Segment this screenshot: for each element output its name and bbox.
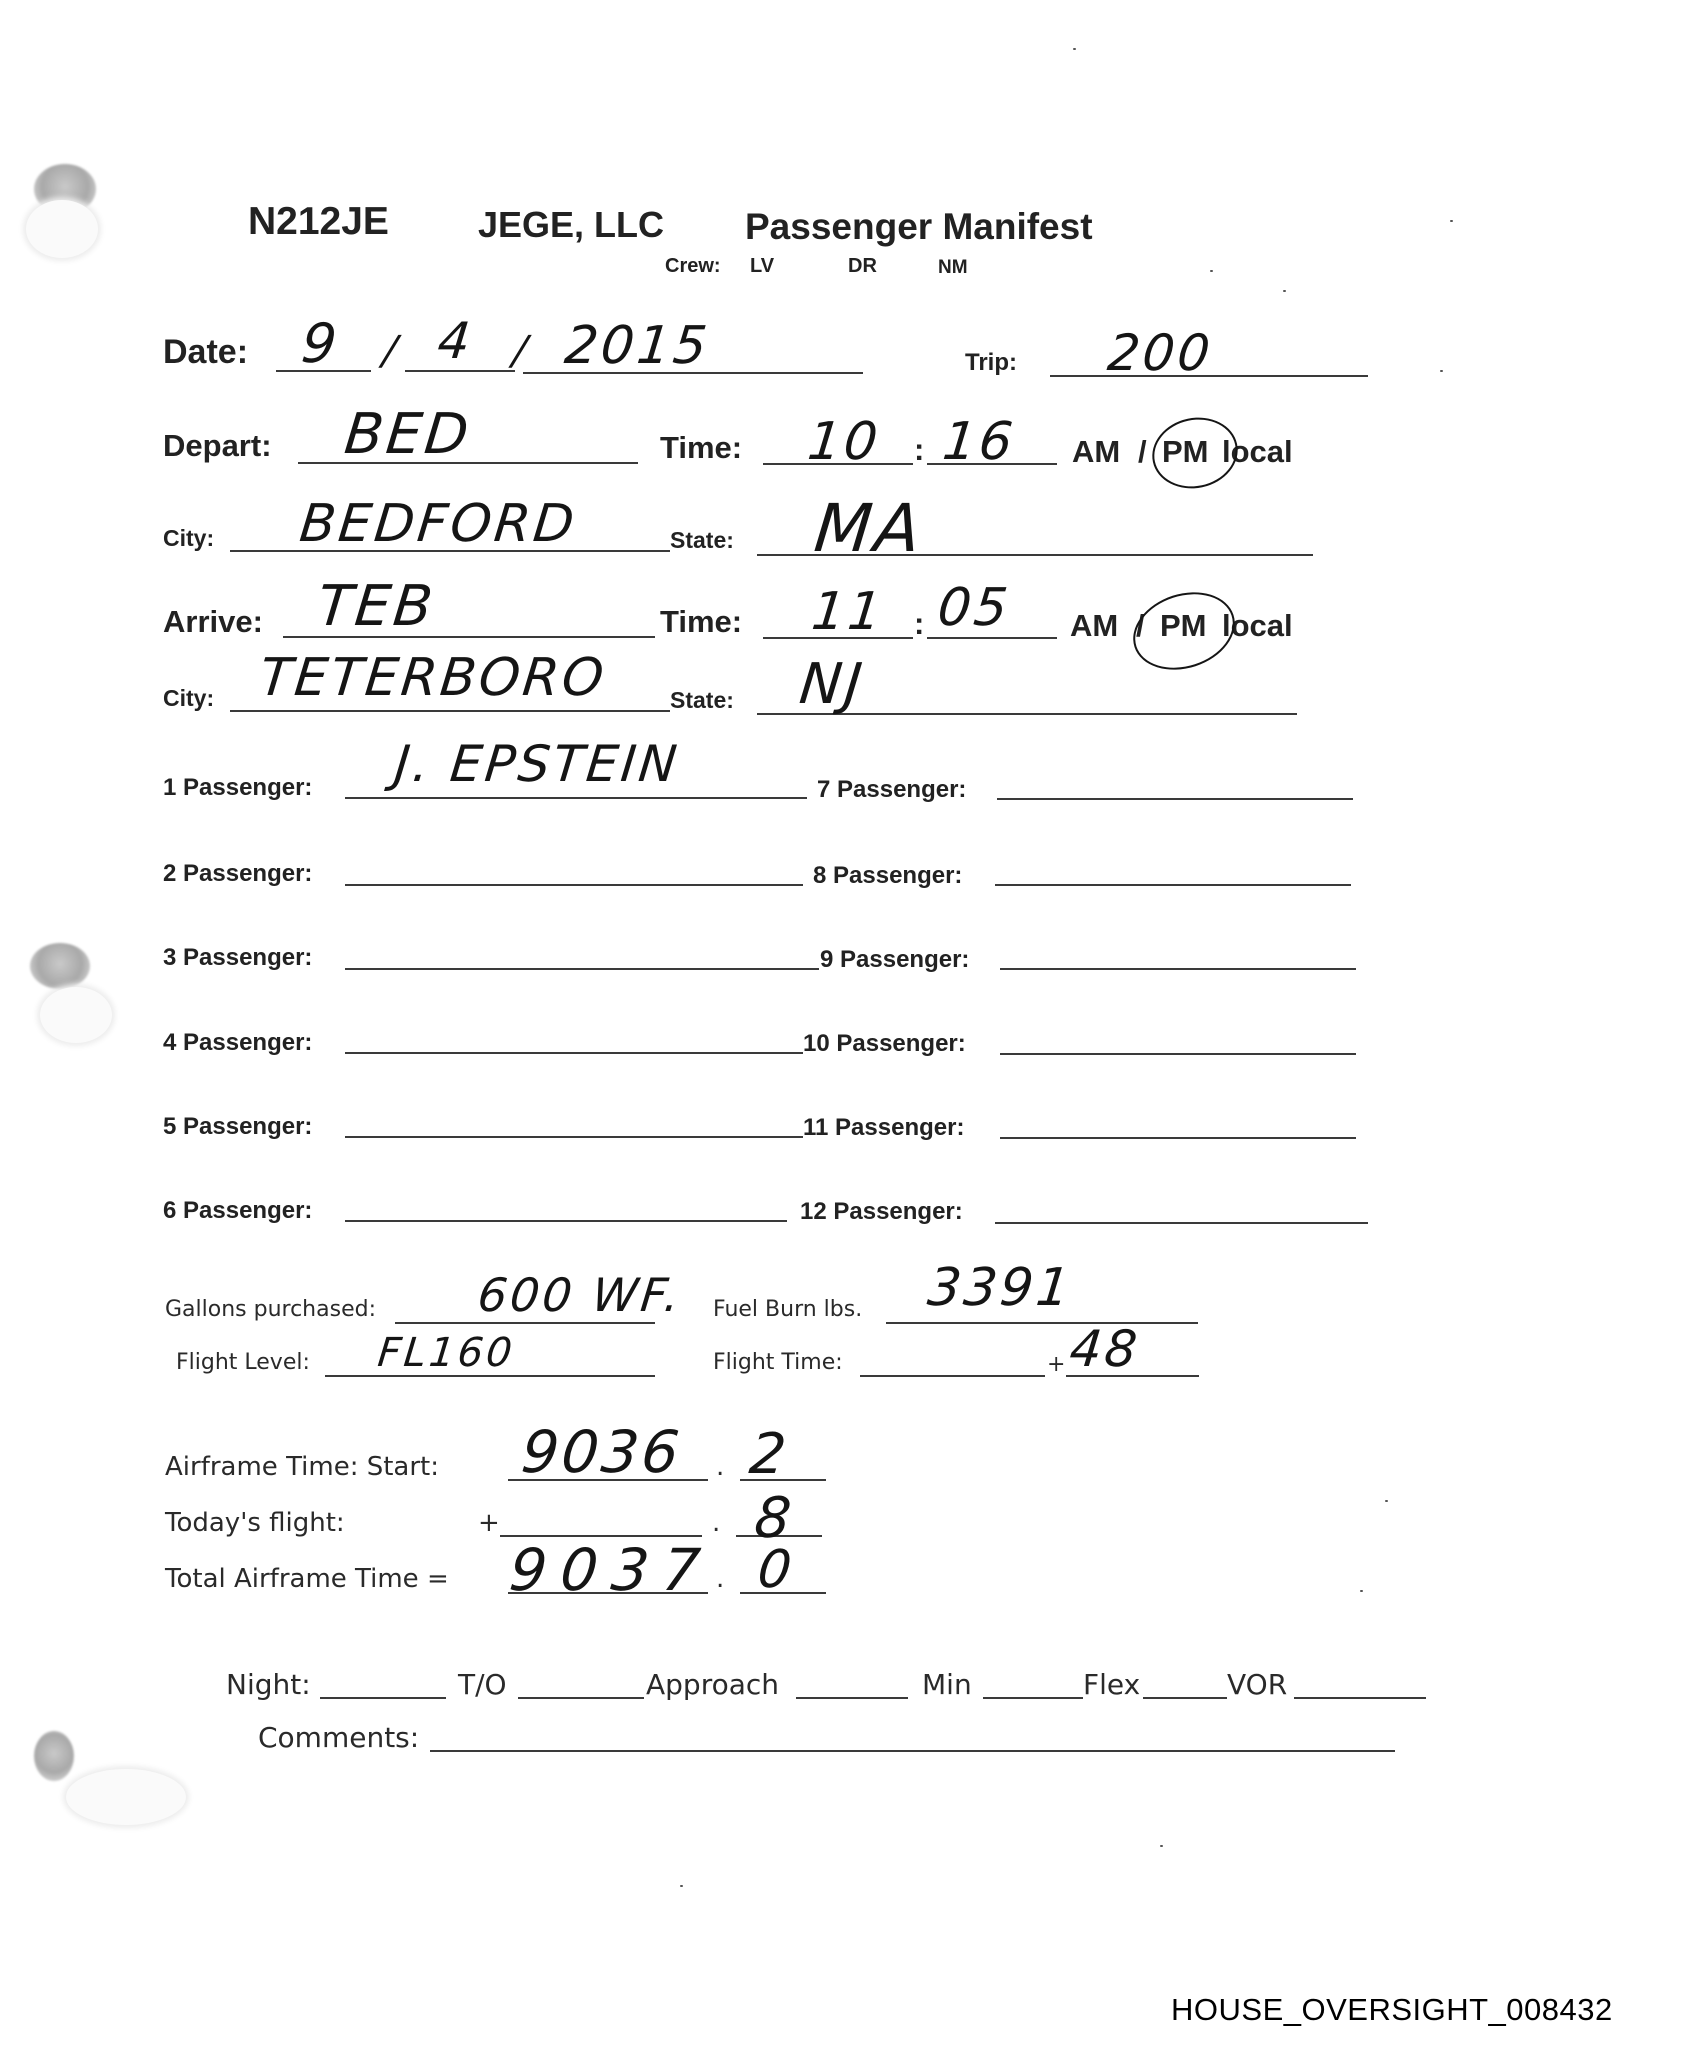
arrive-hour-value: 11	[809, 582, 887, 642]
scan-speck	[1385, 1500, 1388, 1502]
fuel-burn-label: Fuel Burn lbs.	[713, 1297, 862, 1322]
todays-flight-dot: .	[712, 1508, 720, 1538]
passenger-6-field-line[interactable]	[345, 1220, 787, 1222]
todays-flight-plus: +	[478, 1508, 500, 1538]
depart-city-label: City:	[163, 525, 214, 552]
airframe-start-label: Airframe Time: Start:	[165, 1452, 439, 1482]
min-label: Min	[922, 1668, 972, 1701]
gallons-purchased-label: Gallons purchased:	[165, 1297, 376, 1322]
night-label: Night:	[226, 1668, 311, 1701]
flex-label: Flex	[1083, 1668, 1140, 1701]
passenger-1-label: 1 Passenger:	[163, 774, 312, 802]
flex-field-line[interactable]	[1143, 1697, 1227, 1699]
approach-label: Approach	[646, 1668, 779, 1701]
passenger-8-field-line[interactable]	[995, 884, 1351, 886]
date-day-value: 4	[435, 312, 476, 370]
date-day-field-line[interactable]	[405, 370, 515, 372]
takeoff-label: T/O	[458, 1668, 507, 1701]
gallons-purchased-value: 600 WF.	[475, 1268, 685, 1322]
arrive-airport-value: TEB	[315, 574, 439, 639]
fuel-burn-value: 3391	[925, 1258, 1076, 1318]
total-airframe-dot: .	[716, 1564, 724, 1594]
flight-level-value: FL160	[376, 1330, 517, 1376]
total-airframe-whole-value: 9037	[506, 1536, 717, 1604]
hole-punch-middle	[18, 935, 118, 1045]
takeoff-field-line[interactable]	[518, 1697, 644, 1699]
trip-value: 200	[1105, 324, 1216, 382]
bates-number: HOUSE_OVERSIGHT_008432	[1171, 1992, 1613, 2028]
passenger-10-label: 10 Passenger:	[803, 1030, 966, 1058]
arrive-pm-circle-mark	[1123, 580, 1245, 683]
date-month-value: 9	[299, 312, 343, 375]
passenger-11-field-line[interactable]	[1000, 1137, 1356, 1139]
passenger-2-field-line[interactable]	[345, 884, 803, 886]
flight-time-value: 48	[1067, 1320, 1143, 1378]
flight-time-label: Flight Time:	[713, 1350, 843, 1375]
scan-speck	[1073, 48, 1076, 50]
passenger-9-field-line[interactable]	[1000, 968, 1356, 970]
night-field-line[interactable]	[320, 1697, 446, 1699]
tail-number: N212JE	[248, 200, 389, 244]
passenger-9-label: 9 Passenger:	[820, 946, 969, 974]
total-airframe-label: Total Airframe Time =	[165, 1564, 449, 1594]
depart-state-label: State:	[670, 527, 734, 554]
arrive-time-colon: :	[914, 606, 924, 642]
arrive-city-value: TETERBORO	[257, 648, 609, 708]
arrive-state-label: State:	[670, 687, 734, 714]
arrive-city-label: City:	[163, 685, 214, 712]
flight-time-plus: +	[1047, 1352, 1065, 1377]
passenger-2-label: 2 Passenger:	[163, 860, 312, 888]
arrive-label: Arrive:	[163, 604, 263, 640]
depart-city-value: BEDFORD	[297, 494, 580, 554]
company-name: JEGE, LLC	[478, 204, 664, 246]
gallons-purchased-field-line[interactable]	[395, 1322, 655, 1324]
flight-time-hours-field-line[interactable]	[860, 1375, 1045, 1377]
passenger-3-field-line[interactable]	[345, 968, 819, 970]
depart-am-option[interactable]: AM	[1072, 434, 1120, 470]
passenger-11-label: 11 Passenger:	[803, 1114, 964, 1142]
fuel-burn-field-line[interactable]	[886, 1322, 1198, 1324]
crew-member-2: DR	[848, 255, 877, 278]
scan-speck	[1450, 220, 1453, 222]
depart-airport-value: BED	[342, 402, 475, 467]
date-separator-2: /	[511, 328, 532, 374]
airframe-start-tenth-value: 2	[747, 1422, 792, 1487]
scan-speck	[1283, 290, 1286, 292]
crew-label: Crew:	[665, 255, 721, 278]
date-separator-1: /	[381, 328, 402, 374]
passenger-7-field-line[interactable]	[997, 798, 1353, 800]
crew-member-3: NM	[938, 257, 968, 279]
depart-hour-value: 10	[805, 412, 883, 472]
passenger-6-label: 6 Passenger:	[163, 1197, 312, 1225]
scan-speck	[680, 1885, 683, 1887]
arrive-time-label: Time:	[660, 604, 742, 640]
arrive-am-option[interactable]: AM	[1070, 608, 1118, 644]
depart-pm-circle-mark	[1146, 410, 1245, 496]
passenger-7-label: 7 Passenger:	[817, 776, 966, 804]
airframe-start-whole-value: 9036	[518, 1418, 685, 1486]
date-year-value: 2015	[562, 316, 713, 376]
scan-speck	[1210, 270, 1213, 272]
comments-field-line[interactable]	[430, 1750, 1395, 1752]
passenger-12-label: 12 Passenger:	[800, 1198, 963, 1226]
airframe-start-dot: .	[716, 1452, 724, 1482]
passenger-4-field-line[interactable]	[345, 1052, 803, 1054]
passenger-1-field-line[interactable]	[345, 797, 807, 799]
crew-member-1: LV	[750, 255, 774, 278]
comments-label: Comments:	[258, 1721, 419, 1754]
arrive-state-value: NJ	[797, 652, 868, 717]
depart-ampm-slash: /	[1138, 434, 1147, 470]
total-airframe-tenth-value: 0	[755, 1540, 797, 1600]
passenger-4-label: 4 Passenger:	[163, 1029, 312, 1057]
depart-minute-value: 16	[940, 412, 1018, 472]
date-label: Date:	[163, 333, 248, 372]
passenger-5-field-line[interactable]	[345, 1136, 803, 1138]
approach-field-line[interactable]	[796, 1697, 908, 1699]
hole-punch-top	[6, 160, 106, 260]
passenger-3-label: 3 Passenger:	[163, 944, 312, 972]
vor-field-line[interactable]	[1294, 1697, 1426, 1699]
passenger-5-label: 5 Passenger:	[163, 1113, 312, 1141]
passenger-12-field-line[interactable]	[995, 1222, 1368, 1224]
min-field-line[interactable]	[983, 1697, 1083, 1699]
vor-label: VOR	[1227, 1668, 1287, 1701]
passenger-10-field-line[interactable]	[1000, 1053, 1356, 1055]
arrive-minute-value: 05	[935, 578, 1013, 638]
depart-time-label: Time:	[660, 430, 742, 466]
depart-state-value: MA	[811, 490, 927, 567]
passenger-8-label: 8 Passenger:	[813, 862, 962, 890]
arrive-city-field-line[interactable]	[230, 710, 670, 712]
depart-label: Depart:	[163, 428, 272, 464]
flight-level-label: Flight Level:	[176, 1350, 310, 1375]
passenger-1-value: J. EPSTEIN	[392, 735, 682, 793]
hole-punch-bottom	[30, 1725, 200, 1835]
page-title: Passenger Manifest	[745, 206, 1093, 248]
depart-time-colon: :	[914, 432, 924, 468]
scan-speck	[1440, 370, 1443, 372]
scan-speck	[1360, 1590, 1363, 1592]
todays-flight-label: Today's flight:	[165, 1508, 345, 1538]
scan-speck	[1160, 1845, 1163, 1847]
trip-label: Trip:	[965, 349, 1017, 377]
